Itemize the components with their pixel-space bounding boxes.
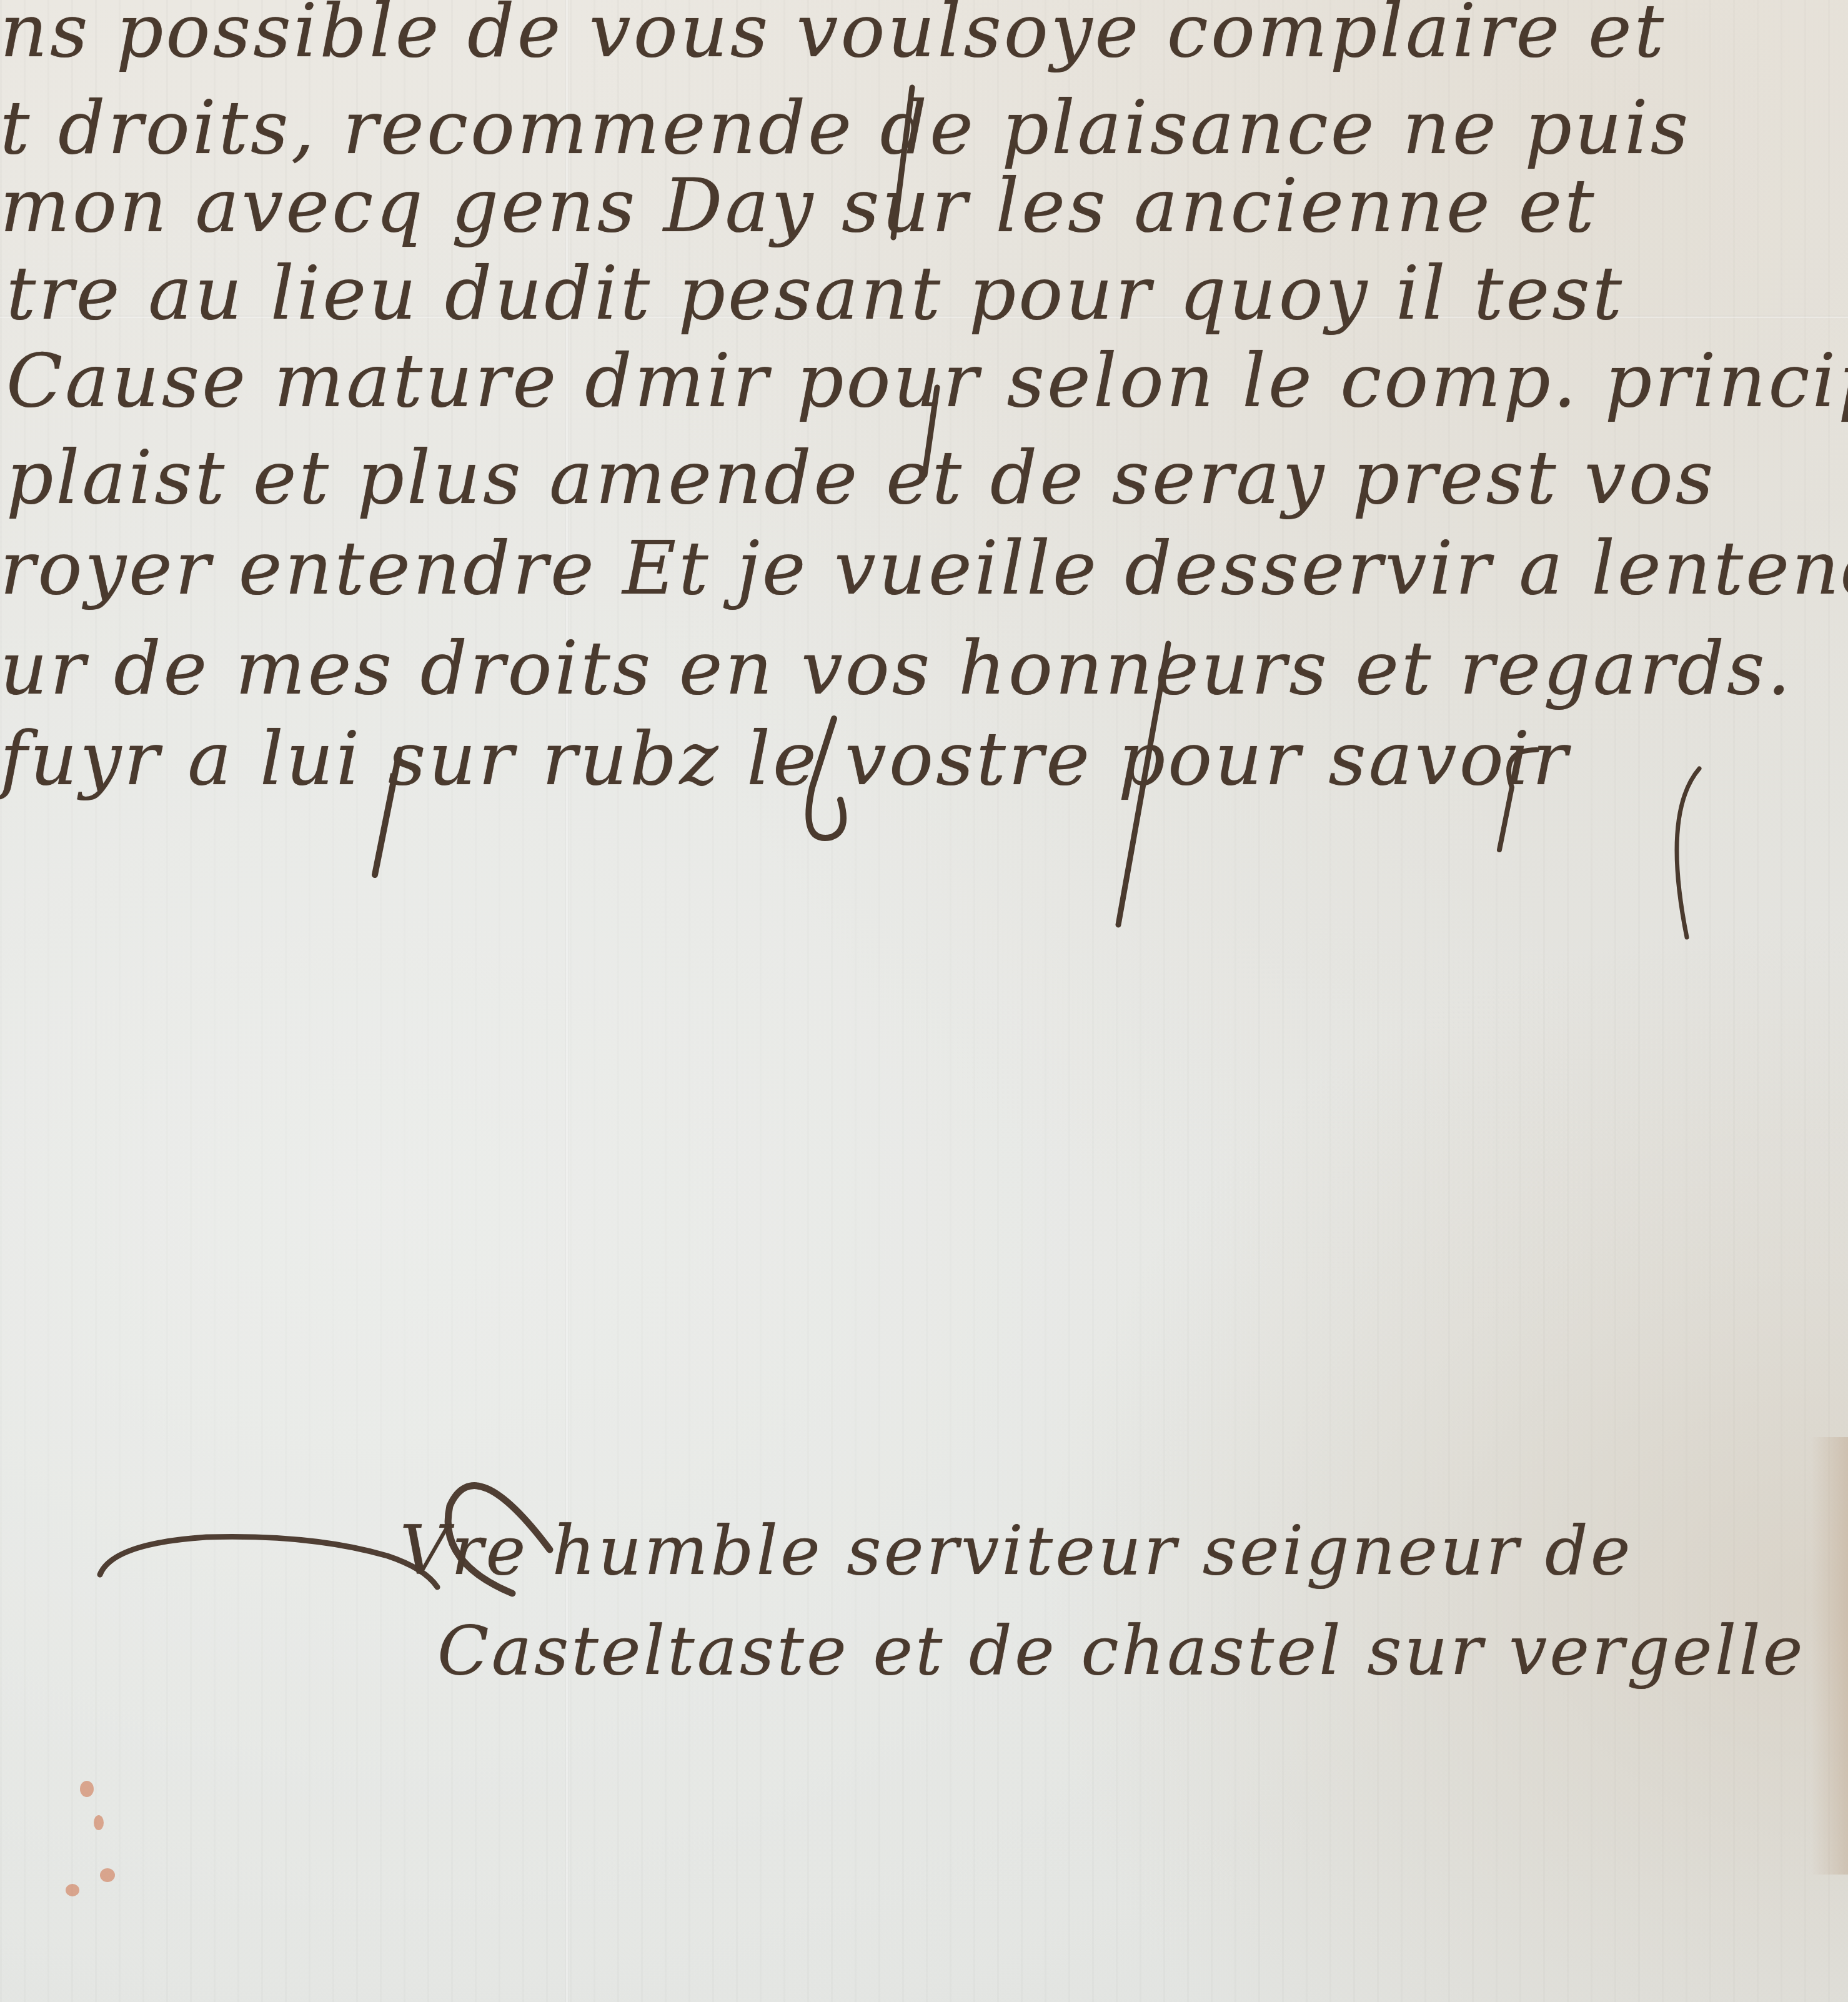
foxing-stain bbox=[100, 1868, 115, 1882]
descender-flourishes bbox=[0, 0, 1848, 1000]
foxing-stain bbox=[66, 1884, 79, 1896]
signature-line-2: Casteltaste et de chastel sur vergelle bbox=[437, 1612, 1806, 1690]
signature-flourish bbox=[0, 1412, 1848, 1787]
manuscript-page: ns possible de vous voulsoye complaire e… bbox=[0, 0, 1848, 2002]
foxing-stain bbox=[94, 1815, 104, 1830]
signature-line-1: Vre humble serviteur seigneur de bbox=[400, 1512, 1633, 1590]
